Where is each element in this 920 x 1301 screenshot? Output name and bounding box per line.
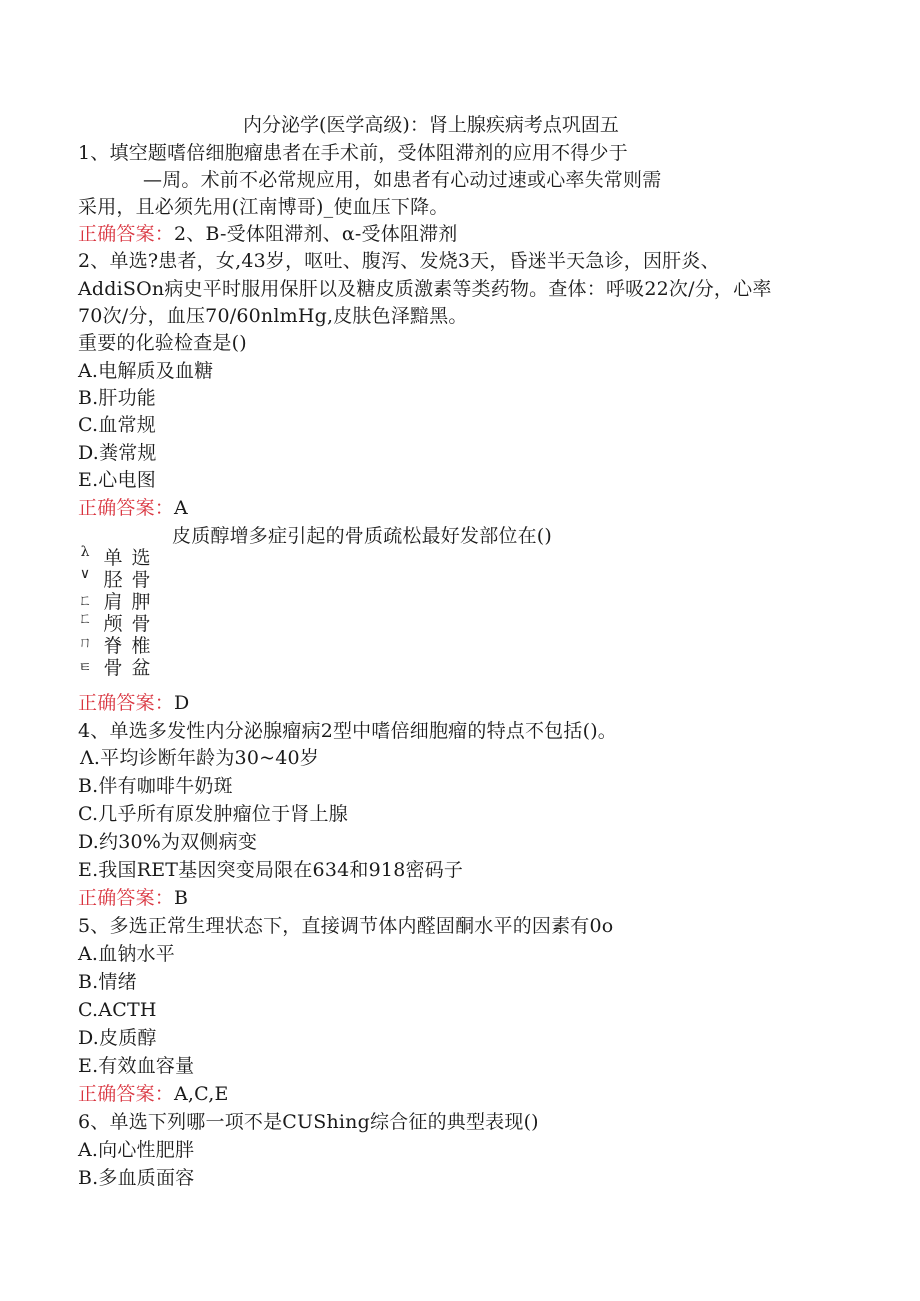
q1-line-2: —周。术前不必常规应用，如患者有心动过速或心率失常则需 [143, 168, 661, 192]
q2-option-a: A.电解质及血糖 [78, 359, 213, 383]
q6-line-1: 6、单选下列哪一项不是CUShing综合征的典型表现() [78, 1110, 539, 1134]
answer-label: 正确答案： [78, 692, 174, 714]
q2-line-3: 70次/分，血压70/60nlmHg,皮肤色泽黯黑。 [78, 304, 468, 328]
q5-option-a: A.血钠水平 [78, 942, 175, 966]
marker: ㅌ [78, 657, 92, 679]
vertical-char: 胫 [102, 569, 124, 591]
vertical-char: 脊 [102, 635, 124, 657]
q6-option-a: A.向心性肥胖 [78, 1138, 194, 1162]
vertical-char: 椎 [130, 635, 152, 657]
q5-line-1: 5、多选正常生理状态下，直接调节体内醛固酮水平的因素有0o [78, 914, 613, 938]
marker: ㄈ [78, 608, 92, 630]
answer-value: 2、B-受体阻滞剂、α-受体阻滞剂 [174, 223, 457, 245]
answer-value: A,C,E [174, 1083, 229, 1105]
q2-answer: 正确答案：A [78, 496, 188, 520]
q6-option-b: B.多血质面容 [78, 1166, 194, 1190]
vertical-char: 骨 [130, 613, 152, 635]
q1-line-3: 采用，且必须先用(江南博哥)_使血压下降。 [78, 195, 449, 219]
q2-option-c: C.血常规 [78, 413, 156, 437]
q2-line-1: 2、单选?患者，女,43岁，呕吐、腹泻、发烧3天，昏迷半天急诊，因肝炎、 [78, 249, 720, 273]
q4-option-b: B.伴有咖啡牛奶斑 [78, 774, 233, 798]
document-title: 内分泌学(医学高级)：肾上腺疾病考点巩固五 [243, 113, 619, 137]
q4-option-d: D.约30%为双侧病变 [78, 830, 257, 854]
q5-option-d: D.皮质醇 [78, 1026, 157, 1050]
vertical-char: 骨 [130, 569, 152, 591]
answer-value: B [174, 887, 188, 909]
marker: λ [78, 541, 92, 563]
q4-option-e: E.我国RET基因突变局限在634和918密码子 [78, 858, 463, 882]
q2-option-e: E.心电图 [78, 468, 156, 492]
q1-answer: 正确答案：2、B-受体阻滞剂、α-受体阻滞剂 [78, 222, 458, 246]
q1-line-1: 1、填空题嗜倍细胞瘤患者在手术前，受体阻滞剂的应用不得少于 [78, 141, 628, 165]
q2-line-4: 重要的化验检查是() [78, 331, 247, 355]
vertical-char: 骨 [102, 657, 124, 679]
answer-label: 正确答案： [78, 223, 174, 245]
q4-option-a: Λ.平均诊断年龄为30~40岁 [80, 746, 319, 770]
q3-stem: 皮质醇增多症引起的骨质疏松最好发部位在() [172, 524, 552, 548]
q5-option-c: C.ACTH [78, 998, 157, 1022]
answer-label: 正确答案： [78, 497, 174, 519]
marker: ㄇ [78, 632, 92, 654]
vertical-char: 单 [102, 547, 124, 569]
answer-label: 正确答案： [78, 887, 174, 909]
vertical-char: 肩 [102, 591, 124, 613]
answer-value: D [174, 692, 189, 714]
vertical-char: 盆 [130, 657, 152, 679]
q5-answer: 正确答案：A,C,E [78, 1082, 229, 1106]
vertical-char: 选 [130, 547, 152, 569]
q5-option-e: E.有效血容量 [78, 1054, 194, 1078]
marker: ∨ [78, 563, 92, 585]
vertical-char: 胛 [130, 591, 152, 613]
q4-line-1: 4、单选多发性内分泌腺瘤病2型中嗜倍细胞瘤的特点不包括()。 [78, 719, 617, 743]
q5-option-b: B.情绪 [78, 970, 137, 994]
q4-answer: 正确答案：B [78, 886, 188, 910]
answer-label: 正确答案： [78, 1083, 174, 1105]
answer-value: A [174, 497, 188, 519]
q2-line-2: AddiSOn病史平时服用保肝以及糖皮质激素等类药物。查体：呼吸22次/分，心率 [78, 277, 772, 301]
q2-option-d: D.粪常规 [78, 441, 157, 465]
q4-option-c: C.几乎所有原发肿瘤位于肾上腺 [78, 802, 348, 826]
q3-answer: 正确答案：D [78, 691, 189, 715]
q2-option-b: B.肝功能 [78, 386, 156, 410]
vertical-char: 颅 [102, 613, 124, 635]
